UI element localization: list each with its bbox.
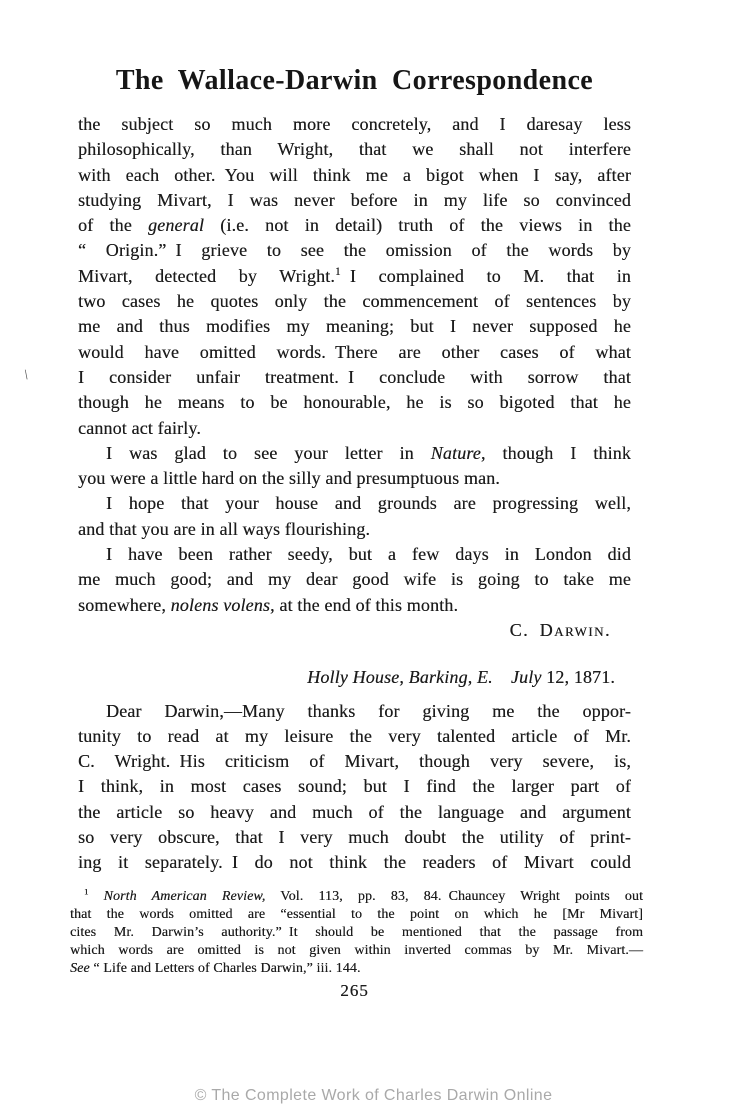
text-segment: I complained to M. that in bbox=[341, 266, 631, 286]
text-segment: tunity to read at my leisure the very ta… bbox=[78, 726, 631, 746]
body-line: me much good; and my dear good wife is g… bbox=[78, 567, 631, 592]
book-page: The Wallace-Darwin Correspondence \ the … bbox=[0, 0, 747, 1107]
text-segment: Vol. 113, pp. 83, 84. Chauncey Wright po… bbox=[265, 889, 643, 904]
text-segment: somewhere, bbox=[78, 595, 171, 615]
text-segment: though he means to be honourable, he is … bbox=[78, 392, 631, 412]
body-line: so very obscure, that I very much doubt … bbox=[78, 825, 631, 850]
footnote-line: which words are omitted is not given wit… bbox=[70, 942, 643, 960]
footnote-line: See “ Life and Letters of Charles Darwin… bbox=[70, 960, 643, 978]
text-segment: cannot act fairly. bbox=[78, 418, 201, 438]
body-line: me and thus modifies my meaning; but I n… bbox=[78, 314, 631, 339]
body-line: I was glad to see your letter in Nature,… bbox=[78, 441, 631, 466]
body-line: ing it separately. I do not think the re… bbox=[78, 850, 631, 875]
text-segment: and that you are in all ways flourishing… bbox=[78, 519, 370, 539]
footnote-line: 1 North American Review, Vol. 113, pp. 8… bbox=[70, 888, 643, 906]
body-line: and that you are in all ways flourishing… bbox=[78, 517, 631, 542]
body-line: the subject so much more concretely, and… bbox=[78, 112, 631, 137]
text-segment: the article so heavy and much of the lan… bbox=[78, 802, 631, 822]
text-segment: you were a little hard on the silly and … bbox=[78, 468, 500, 488]
text-segment: I consider unfair treatment. I conclude … bbox=[78, 367, 631, 387]
text-segment: me much good; and my dear good wife is g… bbox=[78, 569, 631, 589]
text-segment: July bbox=[511, 667, 542, 687]
body-line: I consider unfair treatment. I conclude … bbox=[78, 365, 631, 390]
text-segment: of the bbox=[78, 215, 148, 235]
text-segment: ing it separately. I do not think the re… bbox=[78, 852, 631, 872]
text-segment: I think, in most cases sound; but I find… bbox=[78, 776, 631, 796]
body-line: studying Mivart, I was never before in m… bbox=[78, 188, 631, 213]
body-line: I have been rather seedy, but a few days… bbox=[78, 542, 631, 567]
body-line: I think, in most cases sound; but I find… bbox=[78, 774, 631, 799]
text-segment: nolens volens, bbox=[171, 595, 275, 615]
body-line: of the general (i.e. not in detail) trut… bbox=[78, 213, 631, 238]
text-segment: North American Review, bbox=[104, 889, 266, 904]
body-line: cannot act fairly. bbox=[78, 416, 631, 441]
dateline: Holly House, Barking, E. July 12, 1871. bbox=[78, 665, 631, 690]
body-line: somewhere, nolens volens, at the end of … bbox=[78, 593, 631, 618]
body-line: tunity to read at my leisure the very ta… bbox=[78, 724, 631, 749]
text-segment: I was glad to see your letter in bbox=[106, 443, 431, 463]
body-line: would have omitted words. There are othe… bbox=[78, 340, 631, 365]
body-line: “ Origin.” I grieve to see the omission … bbox=[78, 238, 631, 263]
text-segment: studying Mivart, I was never before in m… bbox=[78, 190, 631, 210]
text-segment: that the words omitted are “essential to… bbox=[70, 907, 643, 922]
text-segment bbox=[88, 889, 103, 904]
text-segment: cites Mr. Darwin’s authority.” It should… bbox=[70, 925, 643, 940]
footer-credit: © The Complete Work of Charles Darwin On… bbox=[0, 1087, 747, 1105]
body-line: Mivart, detected by Wright.1 I complaine… bbox=[78, 264, 631, 289]
body-line: philosophically, than Wright, that we sh… bbox=[78, 137, 631, 162]
text-segment: would have omitted words. There are othe… bbox=[78, 342, 631, 362]
page-number: 265 bbox=[78, 980, 631, 1005]
text-segment: general bbox=[148, 215, 204, 235]
text-segment: me and thus modifies my meaning; but I n… bbox=[78, 316, 631, 336]
text-segment: I have been rather seedy, but a few days… bbox=[106, 544, 631, 564]
body-line: two cases he quotes only the commencemen… bbox=[78, 289, 631, 314]
text-segment: the subject so much more concretely, and… bbox=[78, 114, 631, 134]
body-line: though he means to be honourable, he is … bbox=[78, 390, 631, 415]
text-segment: Nature, bbox=[431, 443, 486, 463]
page-title: The Wallace-Darwin Correspondence bbox=[78, 64, 631, 98]
signature: C. Darwin. bbox=[78, 618, 631, 643]
text-segment: at the end of this month. bbox=[275, 595, 458, 615]
text-segment: so very obscure, that I very much doubt … bbox=[78, 827, 631, 847]
text-segment: I hope that your house and grounds are p… bbox=[106, 493, 631, 513]
page-text: the subject so much more concretely, and… bbox=[78, 112, 631, 1005]
text-segment: with each other. You will think me a big… bbox=[78, 165, 631, 185]
text-segment: philosophically, than Wright, that we sh… bbox=[78, 139, 631, 159]
text-segment: (i.e. not in detail) truth of the views … bbox=[204, 215, 631, 235]
text-segment: C. Darwin. bbox=[510, 620, 611, 640]
text-segment bbox=[493, 667, 511, 687]
text-segment: 265 bbox=[340, 981, 369, 1000]
text-segment: Dear Darwin,—Many thanks for giving me t… bbox=[106, 701, 631, 721]
text-segment: See bbox=[70, 961, 90, 976]
text-segment: “ Origin.” I grieve to see the omission … bbox=[78, 240, 631, 260]
text-segment: two cases he quotes only the commencemen… bbox=[78, 291, 631, 311]
body-line: C. Wright. His criticism of Mivart, thou… bbox=[78, 749, 631, 774]
body-line: I hope that your house and grounds are p… bbox=[78, 491, 631, 516]
body-line: the article so heavy and much of the lan… bbox=[78, 800, 631, 825]
footnote-line: that the words omitted are “essential to… bbox=[70, 906, 643, 924]
margin-stray-mark: \ bbox=[23, 368, 29, 384]
text-segment: though I think bbox=[486, 443, 631, 463]
footnote-line: cites Mr. Darwin’s authority.” It should… bbox=[70, 924, 643, 942]
text-segment: Holly House, Barking, E. bbox=[307, 667, 493, 687]
body-line: you were a little hard on the silly and … bbox=[78, 466, 631, 491]
text-segment: 12, 1871. bbox=[542, 667, 616, 687]
text-segment: “ Life and Letters of Charles Darwin,” i… bbox=[90, 961, 361, 976]
text-segment: which words are omitted is not given wit… bbox=[70, 943, 643, 958]
text-segment: Mivart, detected by Wright. bbox=[78, 266, 335, 286]
text-segment: C. Wright. His criticism of Mivart, thou… bbox=[78, 751, 631, 771]
body-line: Dear Darwin,—Many thanks for giving me t… bbox=[78, 699, 631, 724]
body-line: with each other. You will think me a big… bbox=[78, 163, 631, 188]
